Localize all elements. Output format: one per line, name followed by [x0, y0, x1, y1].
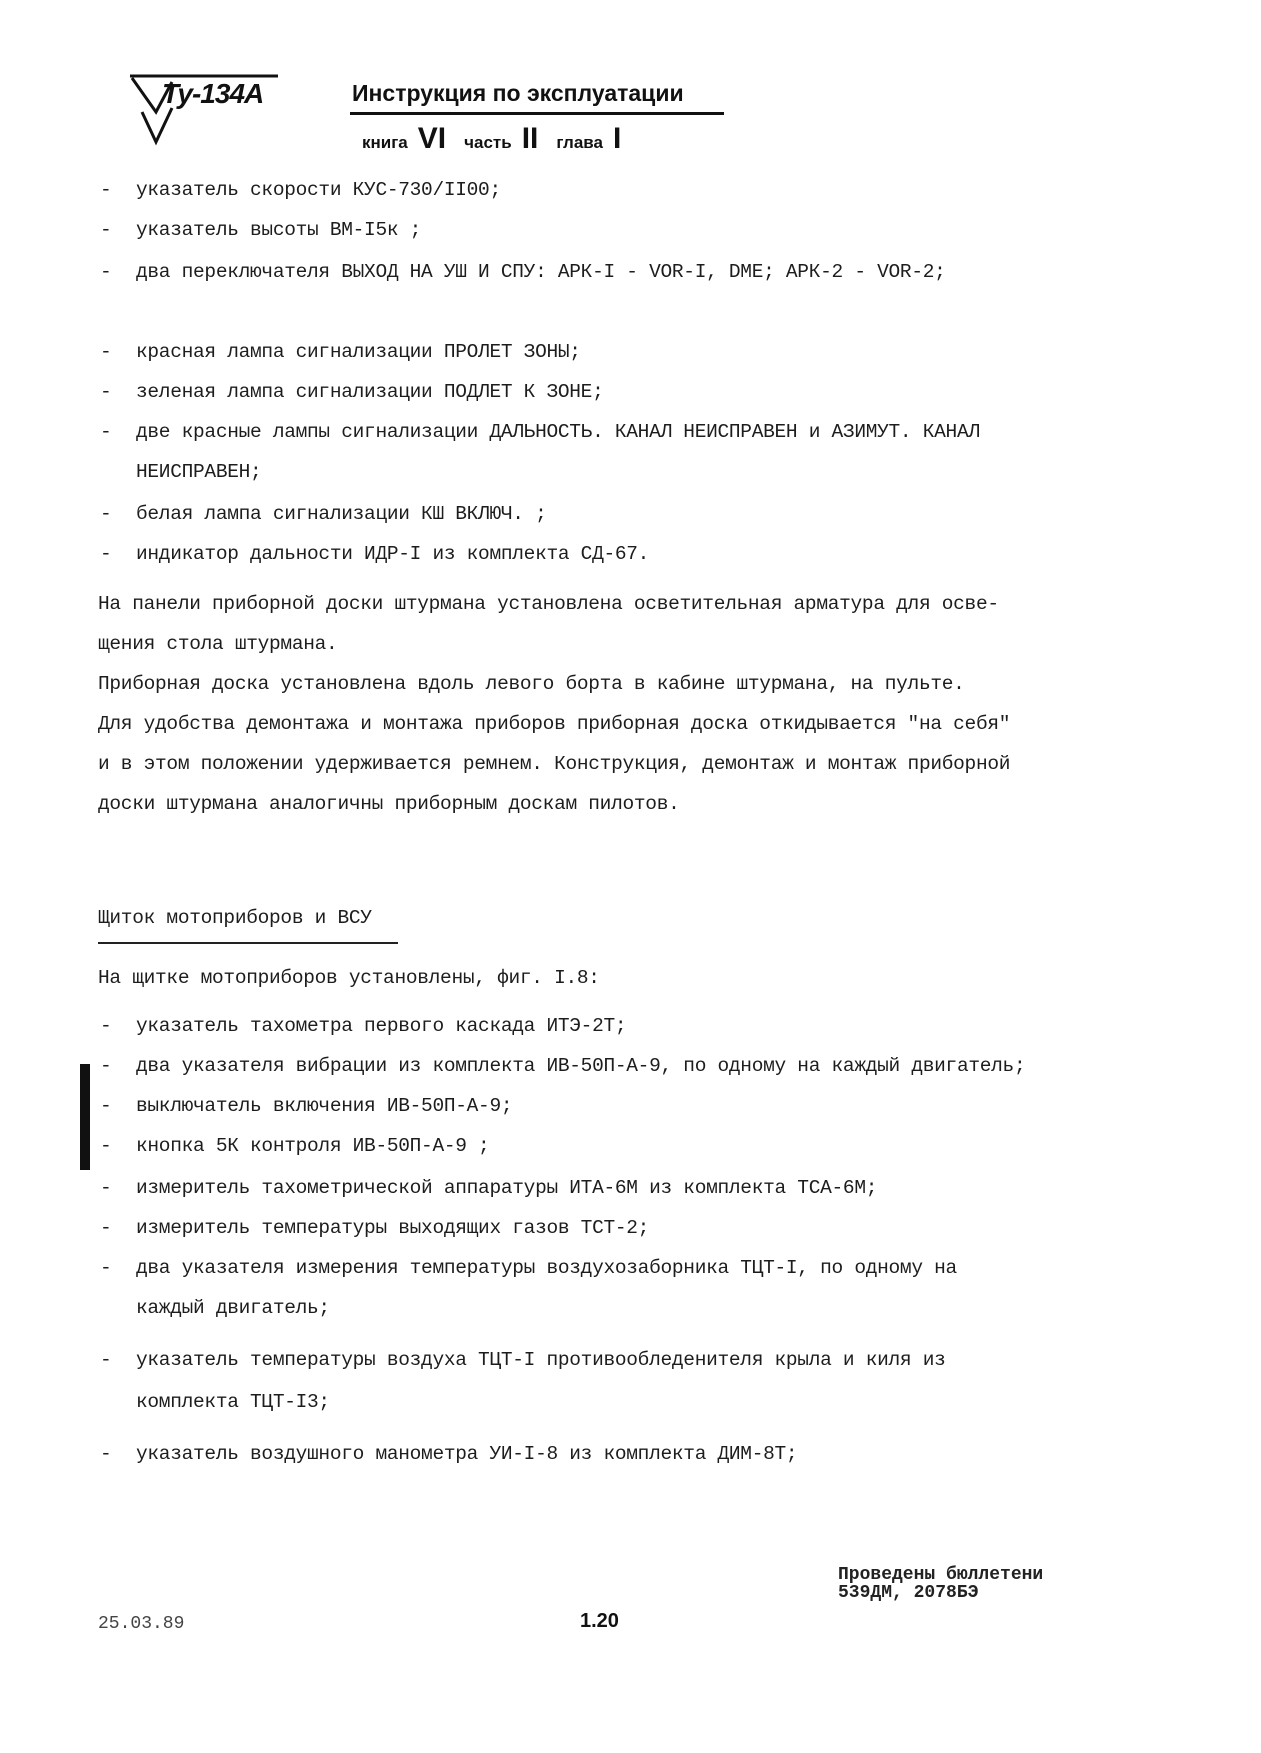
section-underline — [98, 942, 398, 944]
section-heading: Щиток мотоприборов и ВСУ — [98, 907, 372, 929]
book-number: VI — [418, 122, 446, 156]
title-underline — [350, 112, 724, 115]
chapter-number: I — [613, 122, 621, 156]
part-number: II — [522, 122, 539, 156]
chapter-label: глава — [556, 133, 603, 153]
document-page: Ту-134А Инструкция по эксплуатации книга… — [0, 0, 1261, 1753]
bulletin-note: Проведены бюллетени 539ДМ, 2078БЭ — [838, 1566, 1043, 1602]
document-title: Инструкция по эксплуатации — [352, 80, 684, 107]
bulletin-note-line2: 539ДМ, 2078БЭ — [838, 1584, 1043, 1602]
part-label: часть — [464, 133, 512, 153]
bulletin-note-line1: Проведены бюллетени — [838, 1566, 1043, 1584]
footer-date: 25.03.89 — [98, 1614, 184, 1634]
book-label: книга — [362, 133, 408, 153]
aircraft-logo: Ту-134А — [128, 72, 288, 162]
page-number: 1.20 — [580, 1610, 619, 1633]
revision-change-bar — [80, 1064, 90, 1170]
document-subtitle: книга VI часть II глава I — [362, 122, 629, 156]
logo-text: Ту-134А — [162, 78, 263, 110]
